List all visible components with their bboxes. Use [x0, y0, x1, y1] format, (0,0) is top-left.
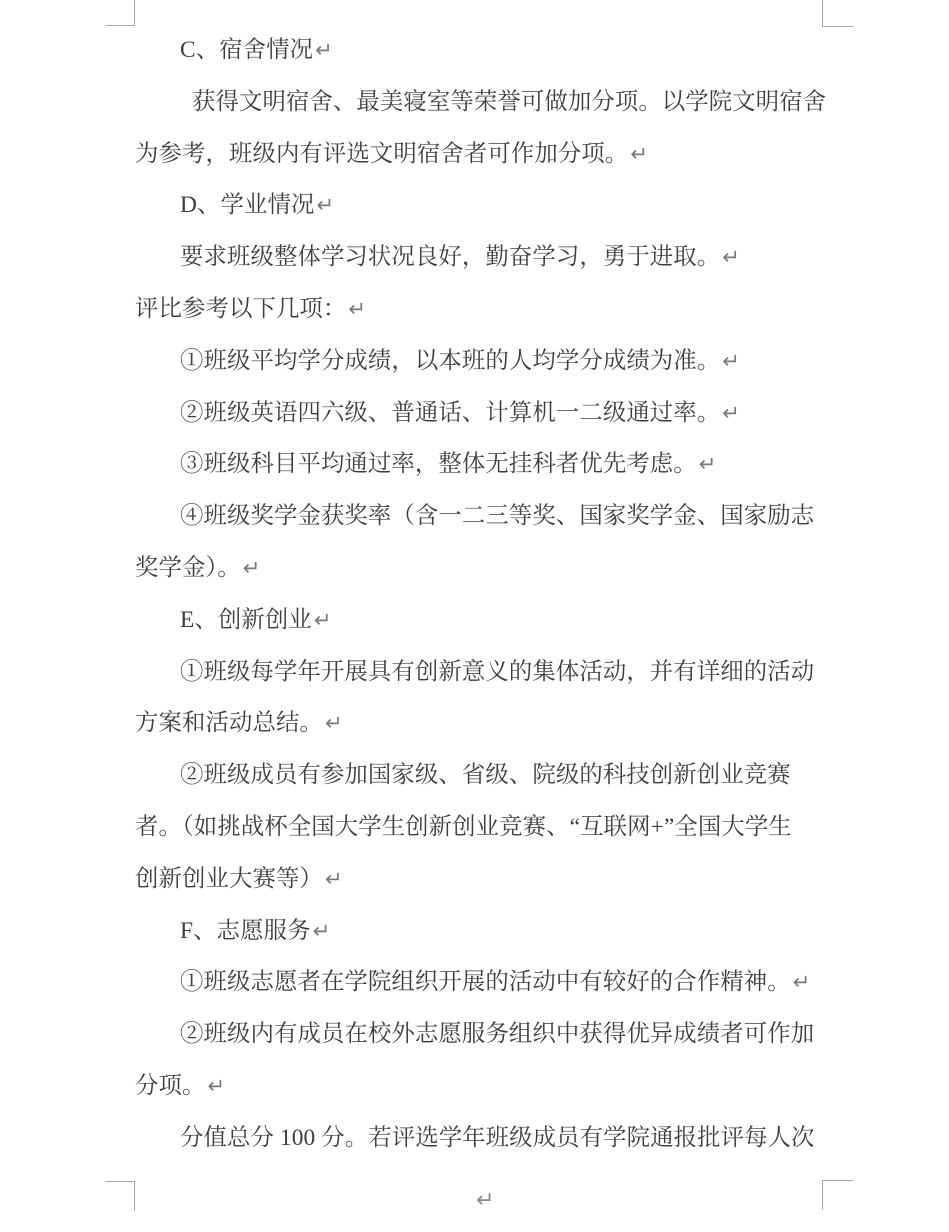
- paragraph-mark-icon: ↵: [313, 919, 331, 943]
- text-line: ②班级内有成员在校外志愿服务组织中获得优异成绩者可作加: [135, 1009, 823, 1061]
- boundary-mark-bottom-left-vertical: [134, 1181, 135, 1211]
- paragraph-mark-icon: ↵: [699, 452, 717, 476]
- text-line-content: ②班级英语四六级、普通话、计算机一二级通过率。: [180, 400, 720, 426]
- text-line: 创新创业大赛等）↵: [135, 854, 823, 906]
- paragraph-mark-icon: ↵: [316, 193, 334, 217]
- boundary-mark-bottom-right-horizontal: [822, 1180, 853, 1181]
- text-line: 奖学金）。↵: [135, 543, 823, 595]
- text-line: 方案和活动总结。↵: [135, 698, 823, 750]
- boundary-mark-bottom-left-horizontal: [106, 1181, 135, 1182]
- text-line-content: ①班级平均学分成绩，以本班的人均学分成绩为准。: [180, 348, 720, 374]
- text-line: D、学业情况↵: [135, 180, 823, 232]
- text-line: 分值总分 100 分。若评选学年班级成员有学院通报批评每人次: [135, 1113, 823, 1165]
- document-body-text: C、宿舍情况↵获得文明宿舍、最美寝室等荣誉可做加分项。以学院文明宿舍为参考，班级…: [135, 25, 823, 1165]
- document-page: C、宿舍情况↵获得文明宿舍、最美寝室等荣誉可做加分项。以学院文明宿舍为参考，班级…: [0, 0, 949, 1232]
- paragraph-mark-icon: ↵: [325, 711, 343, 735]
- text-line: ①班级平均学分成绩，以本班的人均学分成绩为准。↵: [135, 336, 823, 388]
- text-line-content: ②班级内有成员在校外志愿服务组织中获得优异成绩者可作加: [180, 1021, 814, 1047]
- text-line: F、志愿服务↵: [135, 906, 823, 958]
- paragraph-mark-icon: ↵: [314, 608, 332, 632]
- paragraph-mark-icon: ↵: [722, 245, 740, 269]
- text-line: ③班级科目平均通过率，整体无挂科者优先考虑。↵: [135, 439, 823, 491]
- text-line: ②班级成员有参加国家级、省级、院级的科技创新创业竞赛: [135, 750, 823, 802]
- text-line: ①班级志愿者在学院组织开展的活动中有较好的合作精神。↵: [135, 957, 823, 1009]
- text-line-content: D、学业情况: [180, 192, 314, 218]
- text-line: 为参考，班级内有评选文明宿舍者可作加分项。↵: [135, 129, 823, 181]
- boundary-mark-top-right-vertical: [822, 0, 823, 26]
- text-line-content: 方案和活动总结。: [135, 710, 323, 736]
- paragraph-mark-icon: ↵: [630, 142, 648, 166]
- text-line-content: 获得文明宿舍、最美寝室等荣誉可做加分项。以学院文明宿舍: [192, 89, 826, 115]
- boundary-mark-top-right-horizontal: [822, 26, 853, 27]
- text-line-content: C、宿舍情况: [180, 37, 313, 63]
- paragraph-mark-icon: ↵: [243, 556, 261, 580]
- paragraph-mark-icon: ↵: [207, 1074, 225, 1098]
- text-line: 者。（如挑战杯全国大学生创新创业竞赛、“互联网+”全国大学生: [135, 802, 823, 854]
- text-line: 获得文明宿舍、最美寝室等荣誉可做加分项。以学院文明宿舍: [135, 77, 823, 129]
- footer-paragraph-mark-icon: ↵: [476, 1190, 494, 1212]
- paragraph-mark-icon: ↵: [325, 867, 343, 891]
- text-line-content: ②班级成员有参加国家级、省级、院级的科技创新创业竞赛: [180, 762, 791, 788]
- text-line: ①班级每学年开展具有创新意义的集体活动，并有详细的活动: [135, 647, 823, 699]
- text-line-content: 评比参考以下几项：: [135, 296, 346, 322]
- text-line: ②班级英语四六级、普通话、计算机一二级通过率。↵: [135, 388, 823, 440]
- text-line: ④班级奖学金获奖率（含一二三等奖、国家奖学金、国家励志: [135, 491, 823, 543]
- text-line-content: 创新创业大赛等）: [135, 866, 323, 892]
- paragraph-mark-icon: ↵: [722, 401, 740, 425]
- paragraph-mark-icon: ↵: [315, 38, 333, 62]
- text-line: 要求班级整体学习状况良好，勤奋学习，勇于进取。↵: [135, 232, 823, 284]
- text-line: E、创新创业↵: [135, 595, 823, 647]
- text-line-content: 为参考，班级内有评选文明宿舍者可作加分项。: [135, 141, 628, 167]
- text-line: 分项。↵: [135, 1061, 823, 1113]
- text-line-content: ①班级志愿者在学院组织开展的活动中有较好的合作精神。: [180, 969, 791, 995]
- text-line-content: E、创新创业: [180, 607, 312, 633]
- text-line-content: ①班级每学年开展具有创新意义的集体活动，并有详细的活动: [180, 659, 814, 685]
- text-line-content: ④班级奖学金获奖率（含一二三等奖、国家奖学金、国家励志: [180, 503, 814, 529]
- boundary-mark-bottom-right-vertical: [822, 1180, 823, 1210]
- boundary-mark-top-left-horizontal: [106, 25, 135, 26]
- paragraph-mark-icon: ↵: [348, 297, 366, 321]
- text-line-content: 者。（如挑战杯全国大学生创新创业竞赛、“互联网+”全国大学生: [135, 814, 792, 840]
- text-line-content: 分值总分 100 分。若评选学年班级成员有学院通报批评每人次: [180, 1125, 815, 1151]
- text-line-content: F、志愿服务: [180, 918, 311, 944]
- paragraph-mark-icon: ↵: [793, 970, 811, 994]
- text-line-content: ③班级科目平均通过率，整体无挂科者优先考虑。: [180, 451, 697, 477]
- paragraph-mark-icon: ↵: [722, 349, 740, 373]
- text-line-content: 奖学金）。: [135, 555, 241, 581]
- text-line-content: 分项。: [135, 1073, 205, 1099]
- boundary-mark-top-left-vertical: [134, 0, 135, 25]
- text-line: 评比参考以下几项：↵: [135, 284, 823, 336]
- text-line-content: 要求班级整体学习状况良好，勤奋学习，勇于进取。: [180, 244, 720, 270]
- text-line: C、宿舍情况↵: [135, 25, 823, 77]
